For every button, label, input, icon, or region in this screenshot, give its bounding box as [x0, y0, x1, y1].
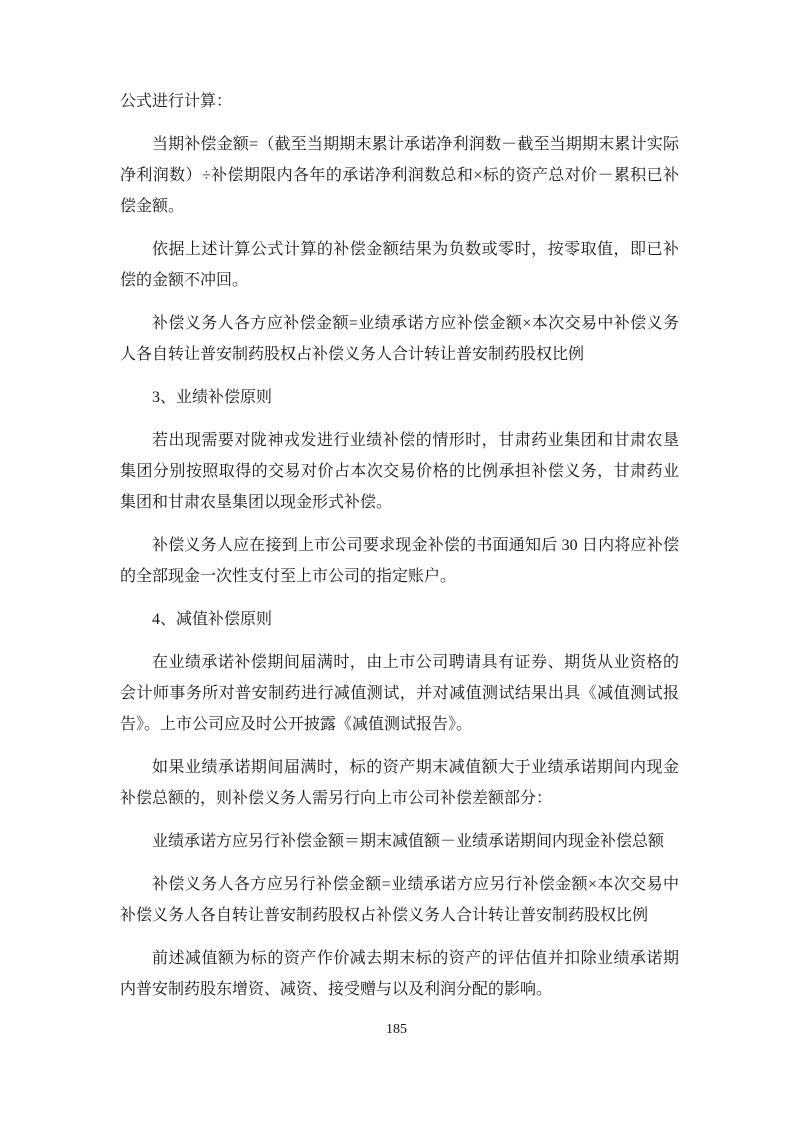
- paragraph-impairment-test: 在业绩承诺补偿期间届满时，由上市公司聘请具有证券、期货从业资格的会计师事务所对普…: [120, 647, 679, 740]
- document-page: 公式进行计算： 当期补偿金额=（截至当期期末累计承诺净利润数－截至当期期末累计实…: [0, 0, 793, 1122]
- continuation-line: 公式进行计算：: [120, 86, 679, 117]
- formula-each-obligor-compensation: 补偿义务人各方应补偿金额=业绩承诺方应补偿金额×本次交易中补偿义务人各自转让普安…: [120, 308, 679, 370]
- heading-performance-compensation-principle: 3、业绩补偿原则: [120, 382, 679, 413]
- formula-additional-compensation: 业绩承诺方应另行补偿金额＝期末减值额－业绩承诺期间内现金补偿总额: [120, 826, 679, 857]
- paragraph-cash-payment-30-days: 补偿义务人应在接到上市公司要求现金补偿的书面通知后 30 日内将应补偿的全部现金…: [120, 530, 679, 592]
- page-number: 185: [0, 1020, 793, 1040]
- paragraph-compensation-obligation-ratio: 若出现需要对陇神戎发进行业绩补偿的情形时，甘肃药业集团和甘肃农垦集团分别按照取得…: [120, 425, 679, 518]
- paragraph-negative-or-zero-rule: 依据上述计算公式计算的补偿金额结果为负数或零时，按零取值，即已补偿的金额不冲回。: [120, 234, 679, 296]
- paragraph-impairment-amount-definition: 前述减值额为标的资产作价减去期末标的资产的评估值并扣除业绩承诺期内普安制药股东增…: [120, 943, 679, 1005]
- formula-current-compensation: 当期补偿金额=（截至当期期末累计承诺净利润数－截至当期期末累计实际净利润数）÷补…: [120, 129, 679, 222]
- heading-impairment-compensation-principle: 4、减值补偿原则: [120, 604, 679, 635]
- paragraph-impairment-exceeds-cash-compensation: 如果业绩承诺期间届满时，标的资产期末减值额大于业绩承诺期间内现金补偿总额的，则补…: [120, 752, 679, 814]
- formula-each-obligor-additional-compensation: 补偿义务人各方应另行补偿金额=业绩承诺方应另行补偿金额×本次交易中补偿义务人各自…: [120, 869, 679, 931]
